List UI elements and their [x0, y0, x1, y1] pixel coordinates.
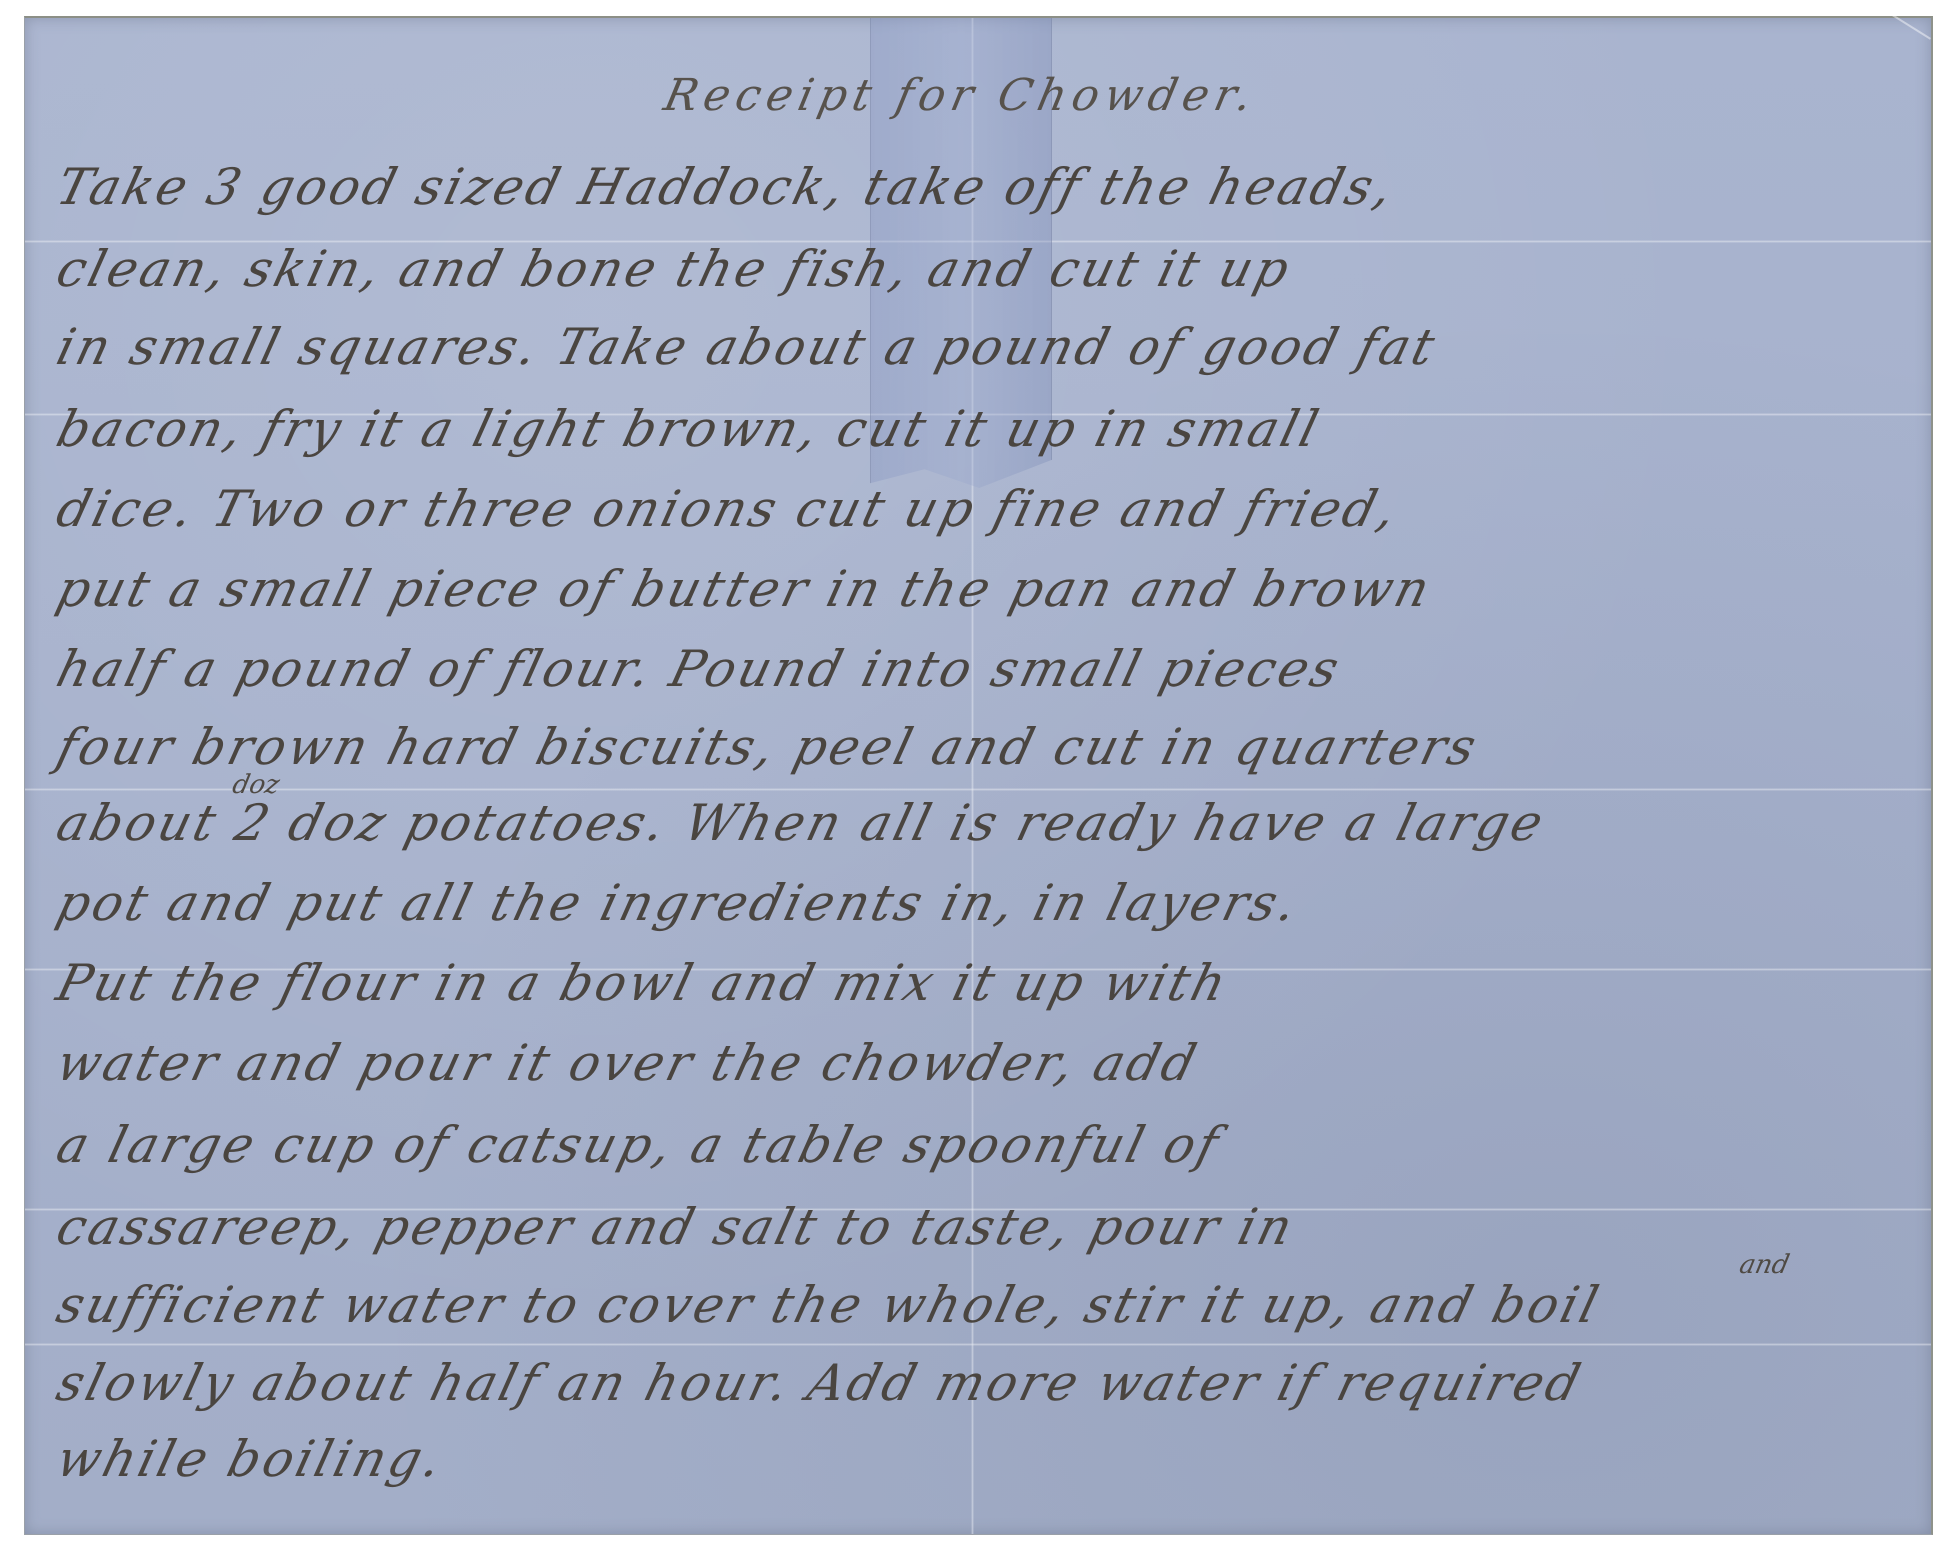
text-line: dice. Two or three onions cut up fine an… [51, 480, 1405, 538]
text-line: slowly about half an hour. Add more wate… [51, 1354, 1589, 1412]
handwritten-text: Receipt for Chowder. Take 3 good sized H… [25, 18, 1931, 1534]
text-line: pot and put all the ingredients in, in l… [51, 874, 1305, 932]
text-line: sufficient water to cover the whole, sti… [51, 1276, 1607, 1334]
text-line: bacon, fry it a light brown, cut it up i… [51, 400, 1327, 458]
text-line: Put the flour in a bowl and mix it up wi… [51, 954, 1235, 1012]
text-line: clean, skin, and bone the fish, and cut … [51, 240, 1298, 298]
document-page: Receipt for Chowder. Take 3 good sized H… [24, 16, 1933, 1535]
text-line: Take 3 good sized Haddock, take off the … [51, 158, 1401, 216]
text-line: while boiling. [51, 1430, 450, 1488]
text-line: a large cup of catsup, a table spoonful … [51, 1116, 1227, 1174]
text-line: four brown hard biscuits, peel and cut i… [51, 718, 1485, 776]
text-line: half a pound of flour. Pound into small … [51, 640, 1347, 698]
text-line: cassareep, pepper and salt to taste, pou… [51, 1198, 1301, 1256]
text-line: water and pour it over the chowder, add [51, 1034, 1205, 1092]
recipe-title: Receipt for Chowder. [660, 70, 1263, 121]
text-line: about 2 doz potatoes. When all is ready … [51, 794, 1552, 852]
text-line: put a small piece of butter in the pan a… [51, 560, 1438, 618]
insertion-and: and [1737, 1250, 1792, 1280]
text-line: in small squares. Take about a pound of … [51, 318, 1443, 376]
